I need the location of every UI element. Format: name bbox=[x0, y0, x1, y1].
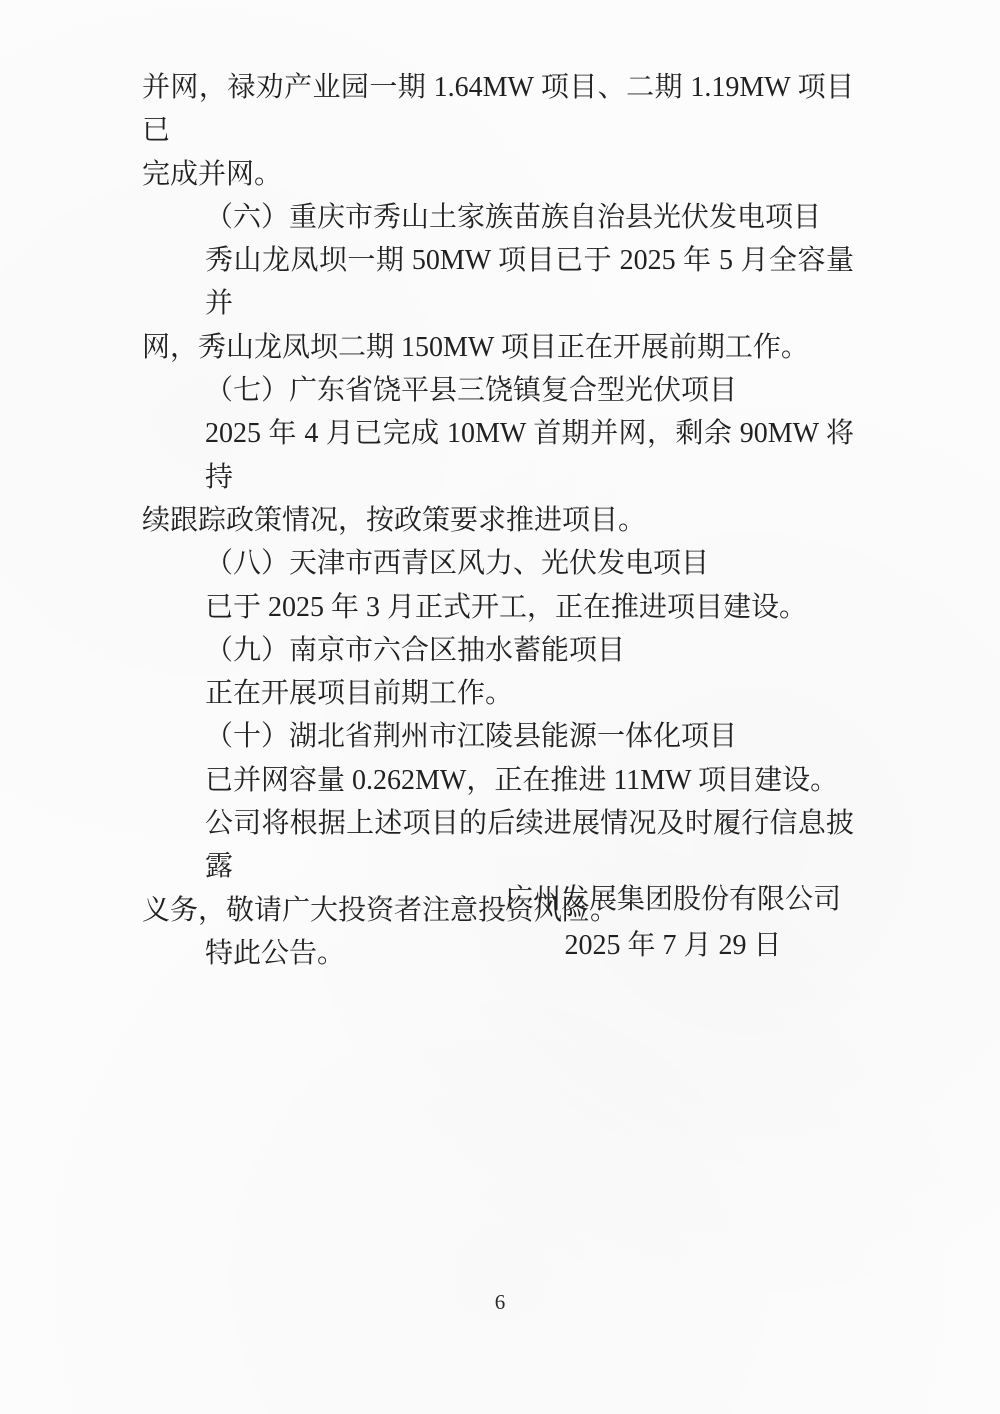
document-body: 并网，禄劝产业园一期 1.64MW 项目、二期 1.19MW 项目已 完成并网。… bbox=[142, 66, 854, 975]
scanned-document-page: 并网，禄劝产业园一期 1.64MW 项目、二期 1.19MW 项目已 完成并网。… bbox=[0, 0, 1000, 1414]
page-number: 6 bbox=[0, 1290, 1000, 1315]
document-section-heading: （八）天津市西青区风力、光伏发电项目 bbox=[142, 542, 854, 585]
document-section-heading: （六）重庆市秀山土家族苗族自治县光伏发电项目 bbox=[142, 196, 854, 239]
document-line: 续跟踪政策情况，按政策要求推进项目。 bbox=[142, 499, 854, 542]
signature-block: 广州发展集团股份有限公司 2025 年 7 月 29 日 bbox=[503, 878, 843, 968]
document-section-heading: （九）南京市六合区抽水蓄能项目 bbox=[142, 629, 854, 672]
document-section-heading: （七）广东省饶平县三饶镇复合型光伏项目 bbox=[142, 369, 854, 412]
document-line: 正在开展项目前期工作。 bbox=[142, 672, 854, 715]
document-line: 完成并网。 bbox=[142, 153, 854, 196]
document-line: 公司将根据上述项目的后续进展情况及时履行信息披露 bbox=[142, 802, 854, 889]
signature-date: 2025 年 7 月 29 日 bbox=[503, 924, 843, 967]
document-line: 网，秀山龙凤坝二期 150MW 项目正在开展前期工作。 bbox=[142, 326, 854, 369]
document-line: 2025 年 4 月已完成 10MW 首期并网，剩余 90MW 将持 bbox=[142, 412, 854, 499]
signature-company: 广州发展集团股份有限公司 bbox=[503, 878, 843, 921]
document-section-heading: （十）湖北省荆州市江陵县能源一体化项目 bbox=[142, 715, 854, 758]
document-line: 已并网容量 0.262MW，正在推进 11MW 项目建设。 bbox=[142, 759, 854, 802]
document-line: 秀山龙凤坝一期 50MW 项目已于 2025 年 5 月全容量并 bbox=[142, 239, 854, 326]
document-line: 并网，禄劝产业园一期 1.64MW 项目、二期 1.19MW 项目已 bbox=[142, 66, 854, 153]
document-line: 已于 2025 年 3 月正式开工，正在推进项目建设。 bbox=[142, 586, 854, 629]
